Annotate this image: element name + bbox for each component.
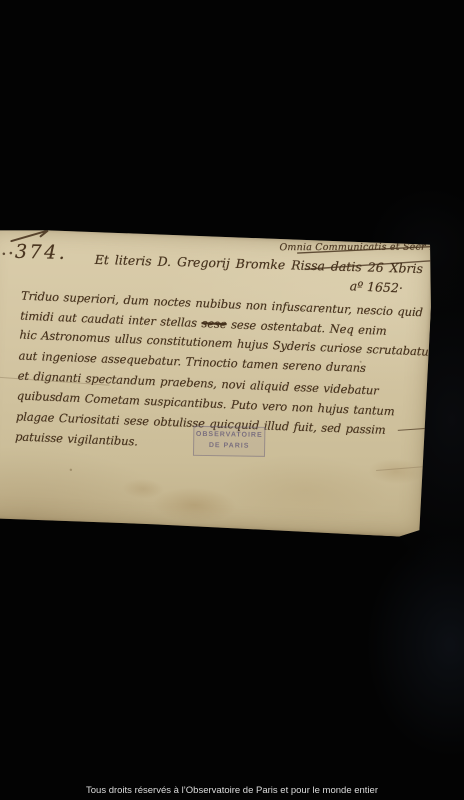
- scan-viewer-background: 374. Omnia Communicatis et Secr 18/7 Et …: [0, 0, 464, 800]
- library-stamp-line-2: DE PARIS: [194, 441, 264, 453]
- body-line-8: patuisse vigilantibus.: [15, 429, 138, 448]
- annotation-top-right: Omnia Communicatis et Secr 18/7: [279, 242, 451, 254]
- archive-number: 374.: [15, 241, 68, 264]
- letter-title-line: Et literis D. Gregorij Bromke Rissa dati…: [95, 252, 424, 276]
- body-line-2-post: sese ostentabat. Neq enim: [226, 317, 387, 338]
- strikethrough-word: sese: [201, 316, 227, 331]
- library-stamp-line-1: OBSERVATOIRE: [194, 430, 264, 442]
- footer-caption: Tous droits réservés à l’Observatoire de…: [0, 785, 464, 796]
- library-stamp: OBSERVATOIRE DE PARIS: [193, 426, 265, 457]
- body-line-2-pre: timidi aut caudati inter stellas: [20, 309, 202, 331]
- manuscript-page: 374. Omnia Communicatis et Secr 18/7 Et …: [0, 226, 434, 538]
- year-label: aº 1652·: [350, 278, 404, 295]
